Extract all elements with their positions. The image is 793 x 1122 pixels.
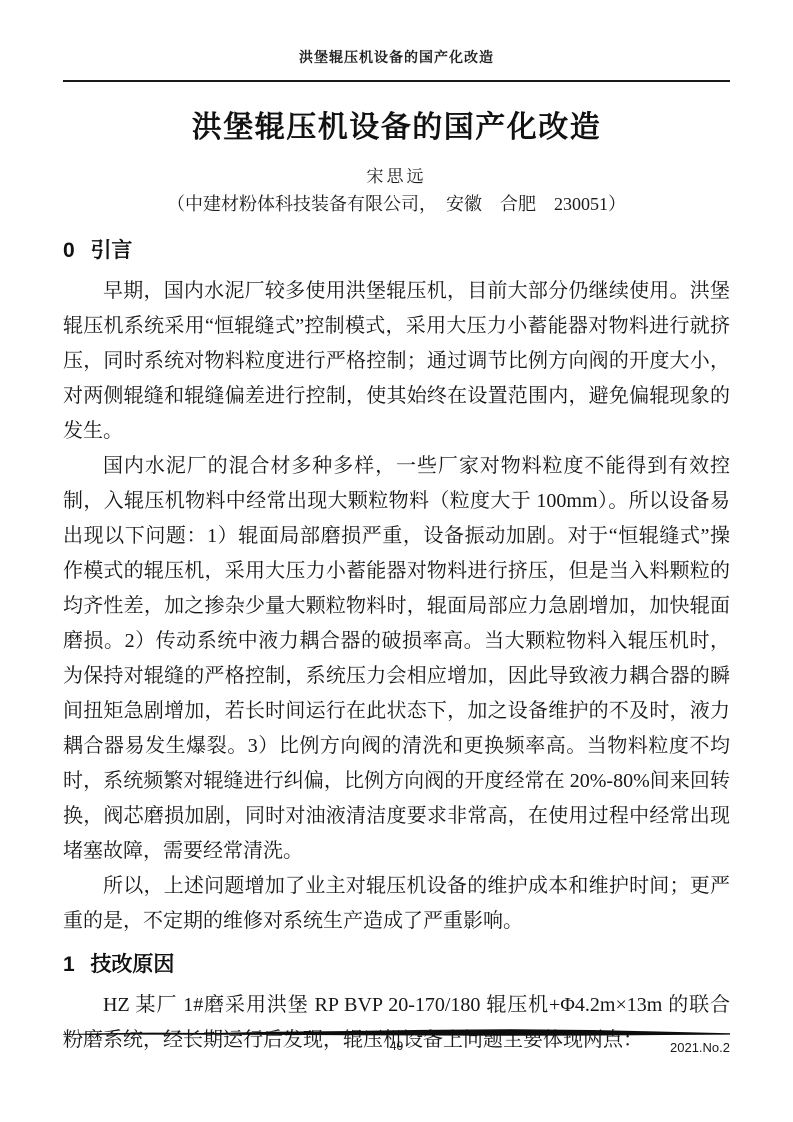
author-name: 宋思远: [63, 165, 730, 189]
footer-row: 40 2021.No.2: [63, 1039, 730, 1057]
author-affiliation: （中建材粉体科技装备有限公司， 安徽 合肥 230051）: [63, 191, 730, 217]
paragraph: 早期，国内水泥厂较多使用洪堡辊压机，目前大部分仍继续使用。洪堡辊压机系统采用“恒…: [63, 274, 730, 449]
section-number: 0: [63, 237, 75, 265]
page-number: 40: [63, 1039, 730, 1053]
section-number: 1: [63, 951, 75, 979]
section-introduction: 0引言 早期，国内水泥厂较多使用洪堡辊压机，目前大部分仍继续使用。洪堡辊压机系统…: [63, 237, 730, 939]
article-title: 洪堡辊压机设备的国产化改造: [63, 106, 730, 150]
running-header: 洪堡辊压机设备的国产化改造: [63, 0, 730, 82]
section-heading-label: 引言: [90, 239, 132, 262]
section-heading-label: 技改原因: [90, 953, 174, 976]
document-page: 洪堡辊压机设备的国产化改造 洪堡辊压机设备的国产化改造 宋思远 （中建材粉体科技…: [0, 0, 793, 1122]
section-heading: 0引言: [63, 237, 730, 265]
paragraph: 所以，上述问题增加了业主对辊压机设备的维护成本和维护时间；更严重的是，不定期的维…: [63, 869, 730, 939]
running-title: 洪堡辊压机设备的国产化改造: [63, 48, 730, 70]
paragraph: 国内水泥厂的混合材多种多样，一些厂家对物料粒度不能得到有效控制，入辊压机物料中经…: [63, 449, 730, 869]
footer-decorative-rule: [63, 1028, 730, 1038]
page-footer: 40 2021.No.2: [63, 1028, 730, 1057]
section-heading: 1技改原因: [63, 951, 730, 979]
journal-issue: 2021.No.2: [670, 1040, 730, 1055]
